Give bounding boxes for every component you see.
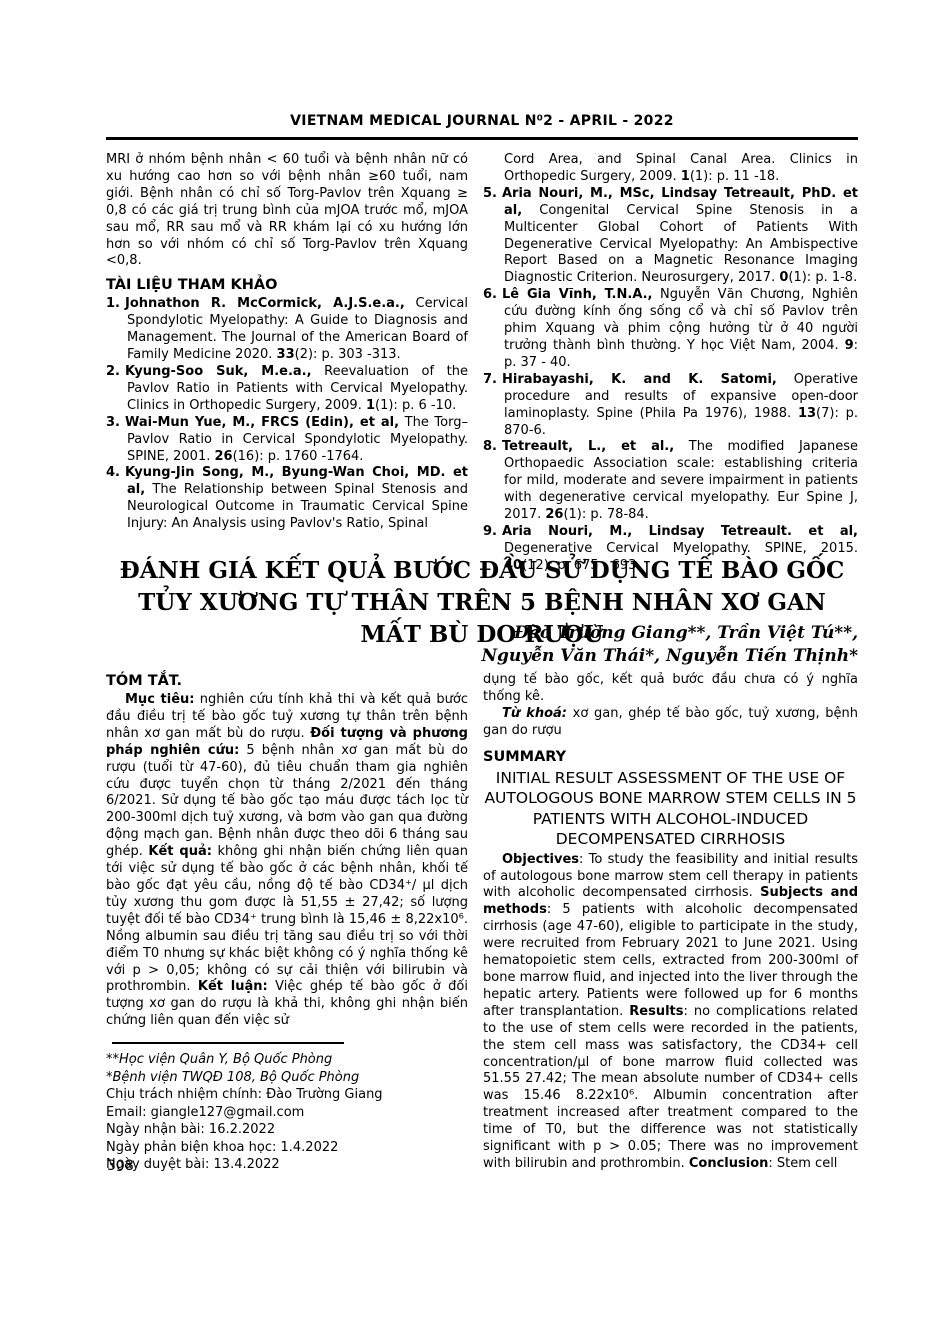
abstract-en-paragraph: Objectives: To study the feasibility and…	[483, 852, 858, 1173]
footnote-block: **Học viện Quân Y, Bộ Quốc Phòng *Bệnh v…	[106, 1042, 468, 1174]
abstract-text: 5 bệnh nhân xơ gan mất bù do rượu (tuổi …	[106, 743, 468, 859]
header-rule	[106, 137, 858, 140]
reference-item-2: 2.Kyung-Soo Suk, M.e.a., Reevaluation of…	[106, 364, 468, 415]
reference-item-6: 6.Lê Gia Vĩnh, T.N.A., Nguyễn Văn Chương…	[483, 287, 858, 372]
author-line-1: Đào Trường Giang**, Trần Việt Tú**,	[106, 622, 858, 645]
summary-text: : 5 patients with alcoholic decompensate…	[483, 902, 858, 1018]
summary-text: : no complications related to the use of…	[483, 1004, 858, 1171]
reference-authors: Lê Gia Vĩnh, T.N.A.,	[502, 287, 653, 302]
footnote-date-reviewed: Ngày phản biện khoa học: 1.4.2022	[106, 1139, 468, 1157]
section2-left-column: TÓM TẮT. Mục tiêu: nghiên cứu tính khả t…	[106, 672, 468, 1174]
reference-item-4-continuation: Cord Area, and Spinal Canal Area. Clinic…	[483, 152, 858, 186]
reference-pages: (16): p. 1760 -1764.	[233, 449, 364, 464]
reference-number: 1.	[106, 296, 125, 311]
reference-item-7: 7.Hirabayashi, K. and K. Satomi, Operati…	[483, 372, 858, 440]
reference-authors: Tetreault, L., et al.,	[502, 439, 674, 454]
reference-item-1: 1.Johnathon R. McCormick, A.J.S.e.a., Ce…	[106, 296, 468, 364]
reference-text: The Relationship between Spinal Stenosis…	[127, 482, 468, 531]
reference-number: 2.	[106, 364, 125, 379]
reference-volume: 1	[366, 398, 375, 413]
abstract-label-results: Kết quả:	[148, 844, 212, 859]
abstract-vi-heading: TÓM TẮT.	[106, 672, 468, 690]
footnote-email: Email: giangle127@gmail.com	[106, 1104, 468, 1122]
reference-item-4: 4.Kyung-Jin Song, M., Byung-Wan Choi, MD…	[106, 465, 468, 533]
reference-pages: (1): p. 1-8.	[788, 270, 857, 285]
reference-authors: Johnathon R. McCormick, A.J.S.e.a.,	[125, 296, 405, 311]
abstract-text: không ghi nhận biến chứng liên quan tới …	[106, 844, 468, 994]
reference-number: 5.	[483, 186, 502, 201]
abstract-label-conclusion: Kết luận:	[198, 979, 268, 994]
reference-number: 9.	[483, 524, 502, 539]
references-heading: TÀI LIỆU THAM KHẢO	[106, 276, 468, 294]
reference-number: 6.	[483, 287, 502, 302]
reference-volume: 26	[214, 449, 232, 464]
summary-text: : Stem cell	[768, 1156, 837, 1171]
abstract-vi-paragraph: Mục tiêu: nghiên cứu tính khả thi và kết…	[106, 692, 468, 1030]
reference-authors: Aria Nouri, M., Lindsay Tetreault. et al…	[502, 524, 858, 539]
reference-authors: Wai-Mun Yue, M., FRCS (Edin), et al,	[125, 415, 399, 430]
article-authors: Đào Trường Giang**, Trần Việt Tú**, Nguy…	[106, 622, 858, 668]
reference-pages: (1): p. 78-84.	[563, 507, 648, 522]
reference-number: 8.	[483, 439, 502, 454]
reference-volume: 26	[545, 507, 563, 522]
summary-label-conclusion: Conclusion	[689, 1156, 769, 1171]
reference-number: 3.	[106, 415, 125, 430]
article-body: TÓM TẮT. Mục tiêu: nghiên cứu tính khả t…	[106, 672, 858, 1174]
footnote-affiliation-1: **Học viện Quân Y, Bộ Quốc Phòng	[106, 1051, 468, 1069]
journal-header-title: VIETNAM MEDICAL JOURNAL N⁰2 - APRIL - 20…	[106, 113, 858, 129]
reference-volume: 9	[845, 338, 854, 353]
reference-pages: (1): p. 6 -10.	[375, 398, 456, 413]
reference-authors: Hirabayashi, K. and K. Satomi,	[502, 372, 777, 387]
reference-item-5: 5.Aria Nouri, M., MSc, Lindsay Tetreault…	[483, 186, 858, 287]
reference-number: 4.	[106, 465, 125, 480]
section1-right-column: Cord Area, and Spinal Canal Area. Clinic…	[483, 152, 858, 575]
footnote-date-accepted: Ngày duyệt bài: 13.4.2022	[106, 1156, 468, 1174]
summary-label-results: Results	[629, 1004, 683, 1019]
author-line-2: Nguyễn Văn Thái*, Nguyễn Tiến Thịnh*	[106, 645, 858, 668]
reference-authors: Kyung-Soo Suk, M.e.a.,	[125, 364, 312, 379]
reference-number: 7.	[483, 372, 502, 387]
reference-volume: 13	[798, 406, 816, 421]
reference-pages: (1): p. 11 -18.	[690, 169, 779, 184]
reference-pages: (2): p. 303 -313.	[295, 347, 401, 362]
page-number: 308	[107, 1158, 134, 1174]
section1-left-column: MRI ở nhóm bệnh nhân < 60 tuổi và bệnh n…	[106, 152, 468, 575]
reference-volume: 33	[277, 347, 295, 362]
footnote-affiliation-2: *Bệnh viện TWQĐ 108, Bộ Quốc Phòng	[106, 1069, 468, 1087]
footnote-date-received: Ngày nhận bài: 16.2.2022	[106, 1121, 468, 1139]
reference-volume: 1	[681, 169, 690, 184]
abstract-label-objectives: Mục tiêu:	[125, 692, 194, 707]
prev-article-closing-paragraph: MRI ở nhóm bệnh nhân < 60 tuổi và bệnh n…	[106, 152, 468, 270]
reference-text: Degenerative Cervical Myelopathy. SPINE,…	[504, 541, 858, 556]
summary-title: INITIAL RESULT ASSESSMENT OF THE USE OF …	[483, 768, 858, 850]
keywords-label: Từ khoá:	[502, 706, 567, 721]
reference-item-8: 8.Tetreault, L., et al., The modified Ja…	[483, 439, 858, 524]
footnote-correspondence: Chịu trách nhiệm chính: Đào Trường Giang	[106, 1086, 468, 1104]
reference-item-3: 3.Wai-Mun Yue, M., FRCS (Edin), et al, T…	[106, 415, 468, 466]
footnote-rule	[112, 1042, 344, 1044]
journal-page: VIETNAM MEDICAL JOURNAL N⁰2 - APRIL - 20…	[0, 0, 942, 1333]
summary-heading: SUMMARY	[483, 748, 858, 766]
previous-article-end: MRI ở nhóm bệnh nhân < 60 tuổi và bệnh n…	[106, 152, 858, 575]
section2-right-column: dụng tế bào gốc, kết quả bước đầu chưa c…	[483, 672, 858, 1174]
abstract-vi-continuation: dụng tế bào gốc, kết quả bước đầu chưa c…	[483, 672, 858, 706]
keywords: Từ khoá: xơ gan, ghép tế bào gốc, tuỷ xư…	[483, 706, 858, 740]
summary-label-objectives: Objectives	[502, 852, 579, 867]
